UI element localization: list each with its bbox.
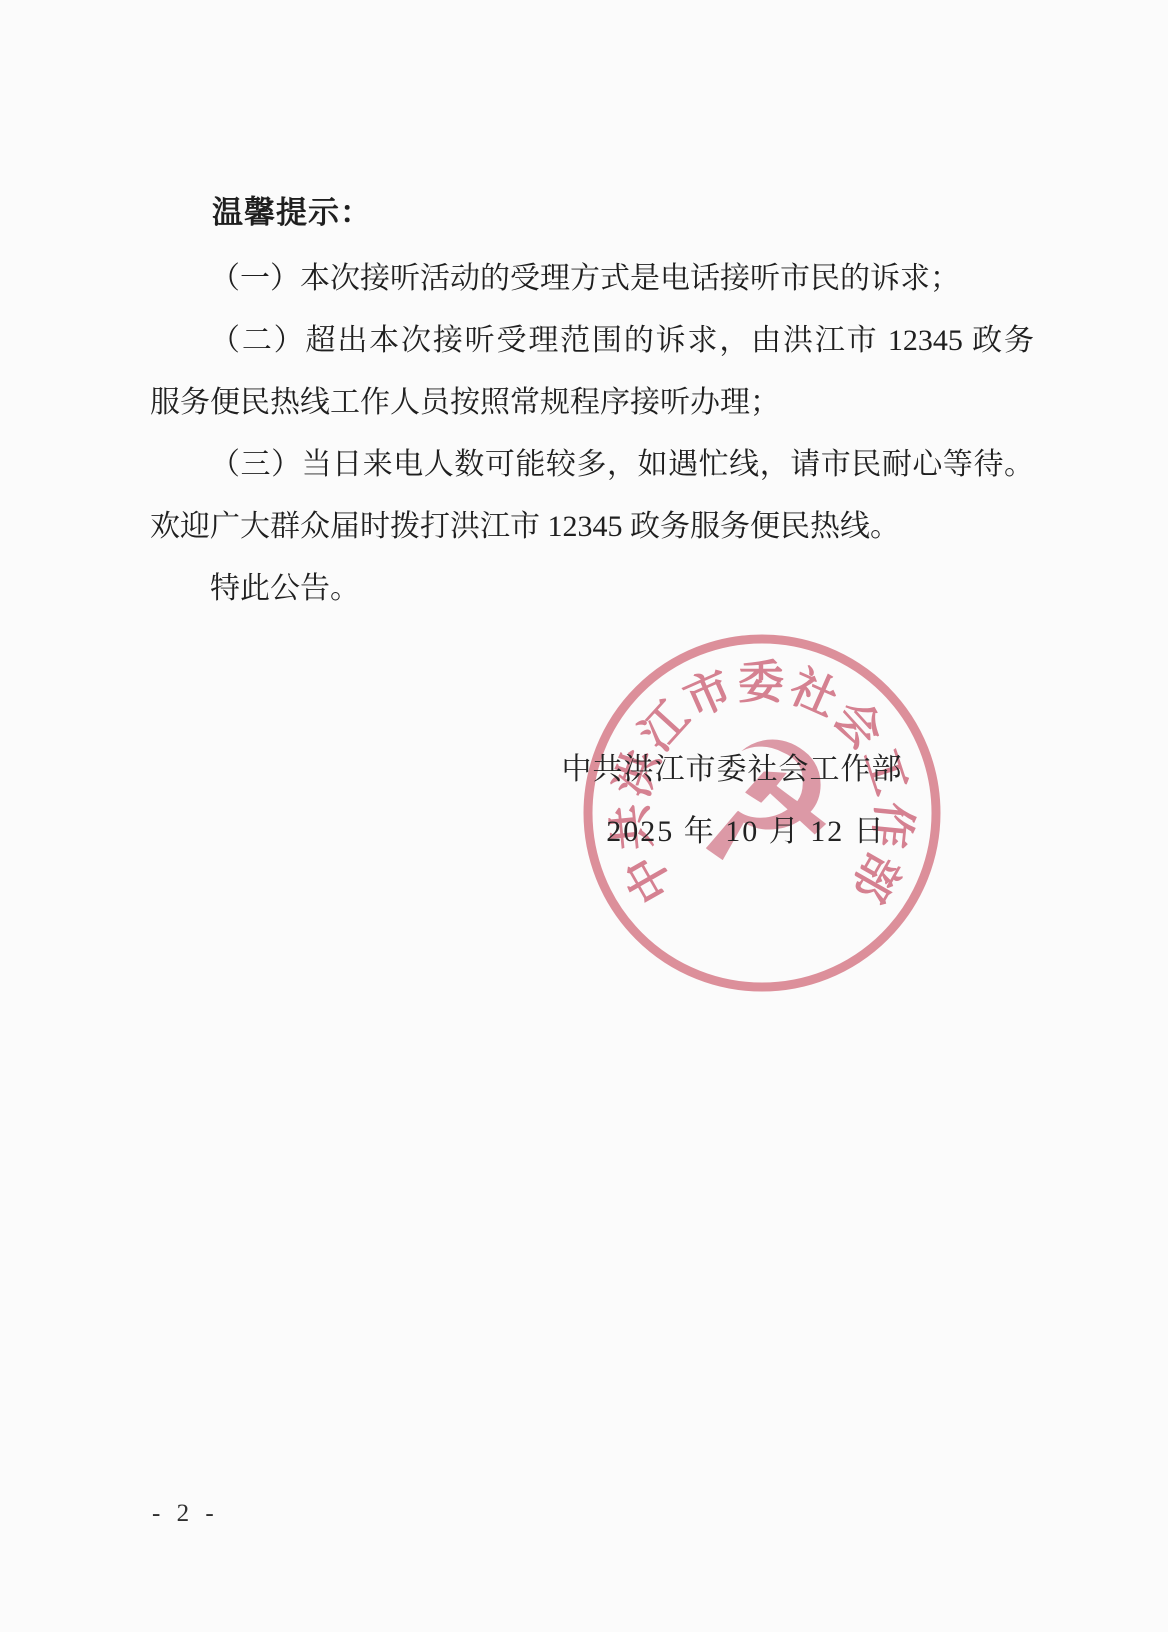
closing-line: 特此公告。 <box>150 558 1034 620</box>
signature-date: 2025 年 10 月 12 日 <box>496 815 996 849</box>
official-seal-graphic: 中共洪江市委社会工作部 ☭ <box>572 623 952 1003</box>
notice-paragraph: （二）超出本次接听受理范围的诉求，由洪江市 12345 政务 服务便民热线工作人… <box>150 310 1034 434</box>
hammer-sickle-icon: ☭ <box>692 707 840 899</box>
notice-body: 温馨提示： （一）本次接听活动的受理方式是电话接听市民的诉求； （二）超出本次接… <box>150 182 1034 620</box>
paragraph-line: （三）当日来电人数可能较多，如遇忙线，请市民耐心等待。 <box>150 434 1034 496</box>
official-seal: 中共洪江市委社会工作部 ☭ <box>572 623 952 1003</box>
notice-paragraph: （三）当日来电人数可能较多，如遇忙线，请市民耐心等待。 欢迎广大群众届时拨打洪江… <box>150 434 1034 558</box>
paragraph-line: （一）本次接听活动的受理方式是电话接听市民的诉求； <box>150 248 1034 310</box>
paragraph-line: 欢迎广大群众届时拨打洪江市 12345 政务服务便民热线。 <box>150 496 1034 558</box>
signature-organization: 中共洪江市委社会工作部 <box>482 753 982 787</box>
paragraph-line: 服务便民热线工作人员按照常规程序接听办理； <box>150 372 1034 434</box>
paragraph-line: （二）超出本次接听受理范围的诉求，由洪江市 12345 政务 <box>150 310 1034 372</box>
page-number: - 2 - <box>152 1500 219 1528</box>
notice-title: 温馨提示： <box>150 182 1034 244</box>
notice-paragraph: （一）本次接听活动的受理方式是电话接听市民的诉求； <box>150 248 1034 310</box>
seal-ring <box>588 639 936 987</box>
